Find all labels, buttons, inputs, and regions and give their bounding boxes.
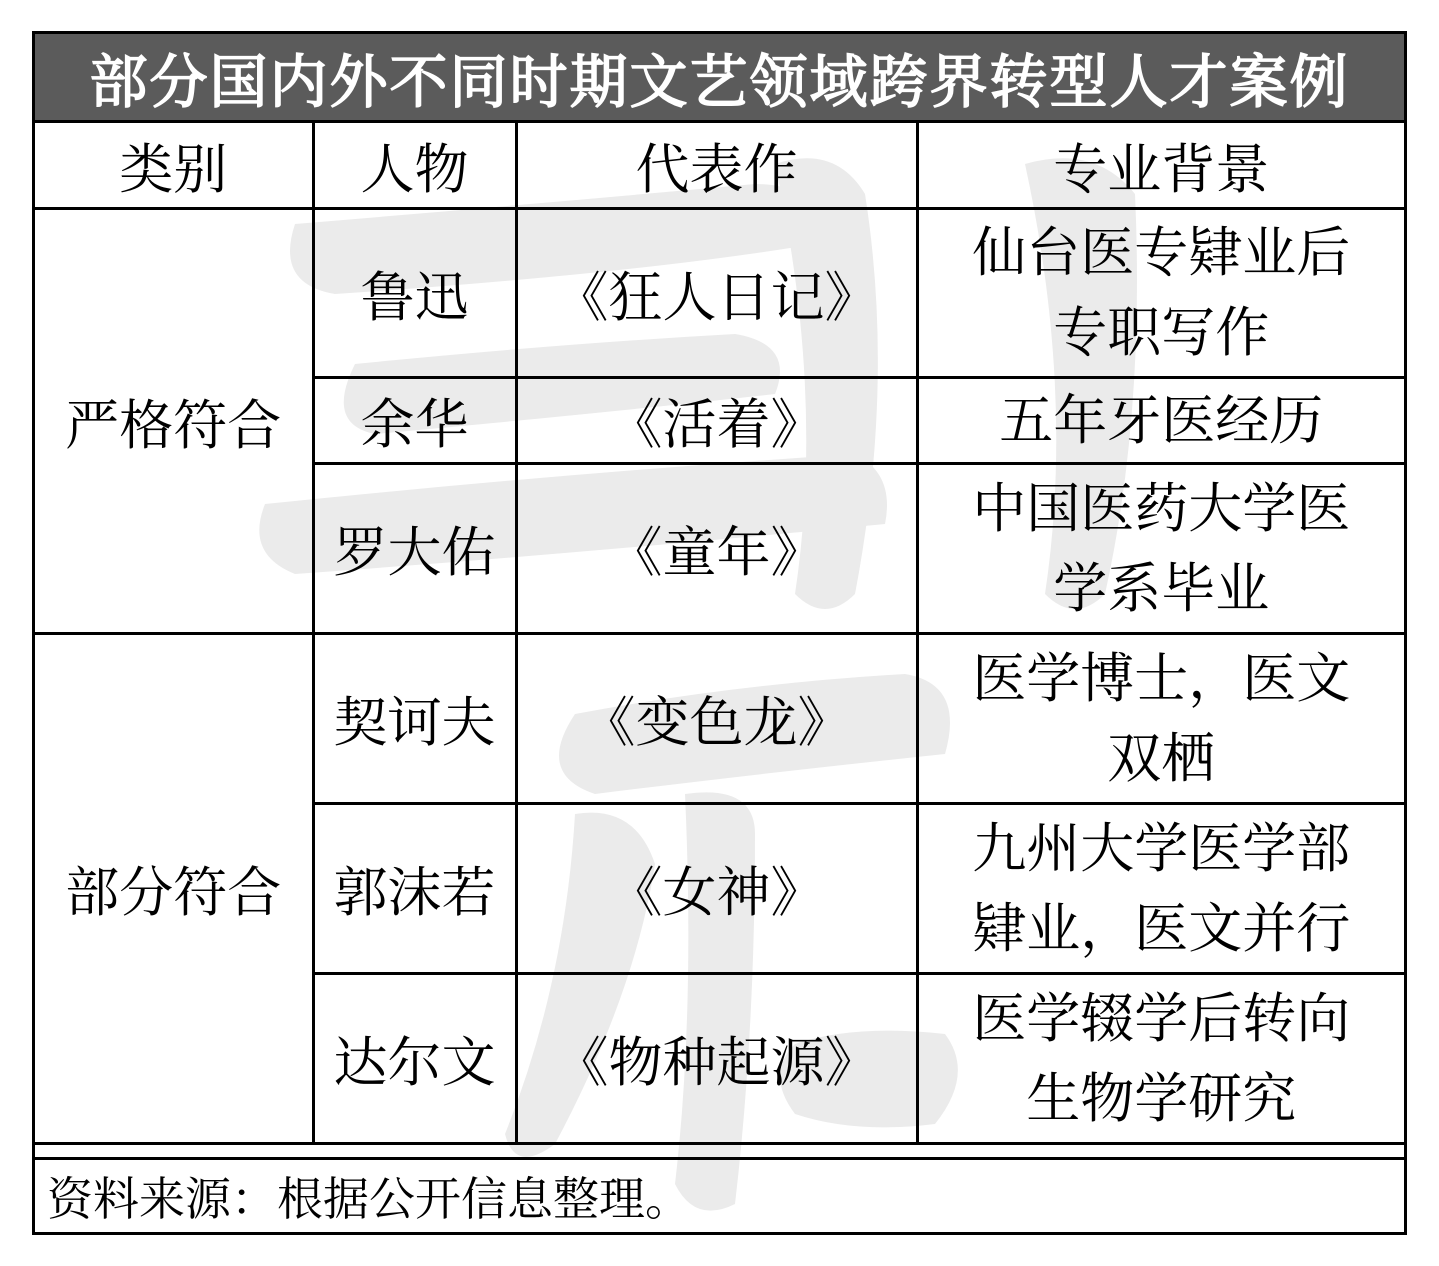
- column-header-work: 代表作: [516, 123, 917, 209]
- person-cell: 契诃夫: [313, 634, 516, 804]
- table-frame: 部分国内外不同时期文艺领域跨界转型人才案例 类别 人物 代表作 专业背景 严格符…: [32, 31, 1407, 1235]
- cases-table: 类别 人物 代表作 专业背景 严格符合 鲁迅 《狂人日记》 仙台医专肄业后专职写…: [35, 123, 1404, 1145]
- background-cell: 仙台医专肄业后专职写作: [917, 209, 1404, 378]
- header-row: 类别 人物 代表作 专业背景: [35, 123, 1404, 209]
- background-cell: 医学博士，医文双栖: [917, 634, 1404, 804]
- category-cell: 严格符合: [35, 209, 313, 634]
- work-cell: 《物种起源》: [516, 974, 917, 1144]
- column-header-background: 专业背景: [917, 123, 1404, 209]
- person-cell: 罗大佑: [313, 464, 516, 634]
- category-cell: 部分符合: [35, 634, 313, 1144]
- table-row: 部分符合 契诃夫 《变色龙》 医学博士，医文双栖: [35, 634, 1404, 804]
- column-header-person: 人物: [313, 123, 516, 209]
- column-header-category: 类别: [35, 123, 313, 209]
- table-row: 严格符合 鲁迅 《狂人日记》 仙台医专肄业后专职写作: [35, 209, 1404, 378]
- person-cell: 余华: [313, 378, 516, 464]
- person-cell: 鲁迅: [313, 209, 516, 378]
- work-cell: 《女神》: [516, 804, 917, 974]
- table-title: 部分国内外不同时期文艺领域跨界转型人才案例: [35, 34, 1404, 123]
- work-cell: 《狂人日记》: [516, 209, 917, 378]
- background-cell: 九州大学医学部肄业，医文并行: [917, 804, 1404, 974]
- source-note: 资料来源：根据公开信息整理。: [35, 1157, 1404, 1232]
- background-cell: 中国医药大学医学系毕业: [917, 464, 1404, 634]
- background-cell: 医学辍学后转向生物学研究: [917, 974, 1404, 1144]
- person-cell: 郭沫若: [313, 804, 516, 974]
- background-cell: 五年牙医经历: [917, 378, 1404, 464]
- person-cell: 达尔文: [313, 974, 516, 1144]
- work-cell: 《童年》: [516, 464, 917, 634]
- work-cell: 《变色龙》: [516, 634, 917, 804]
- work-cell: 《活着》: [516, 378, 917, 464]
